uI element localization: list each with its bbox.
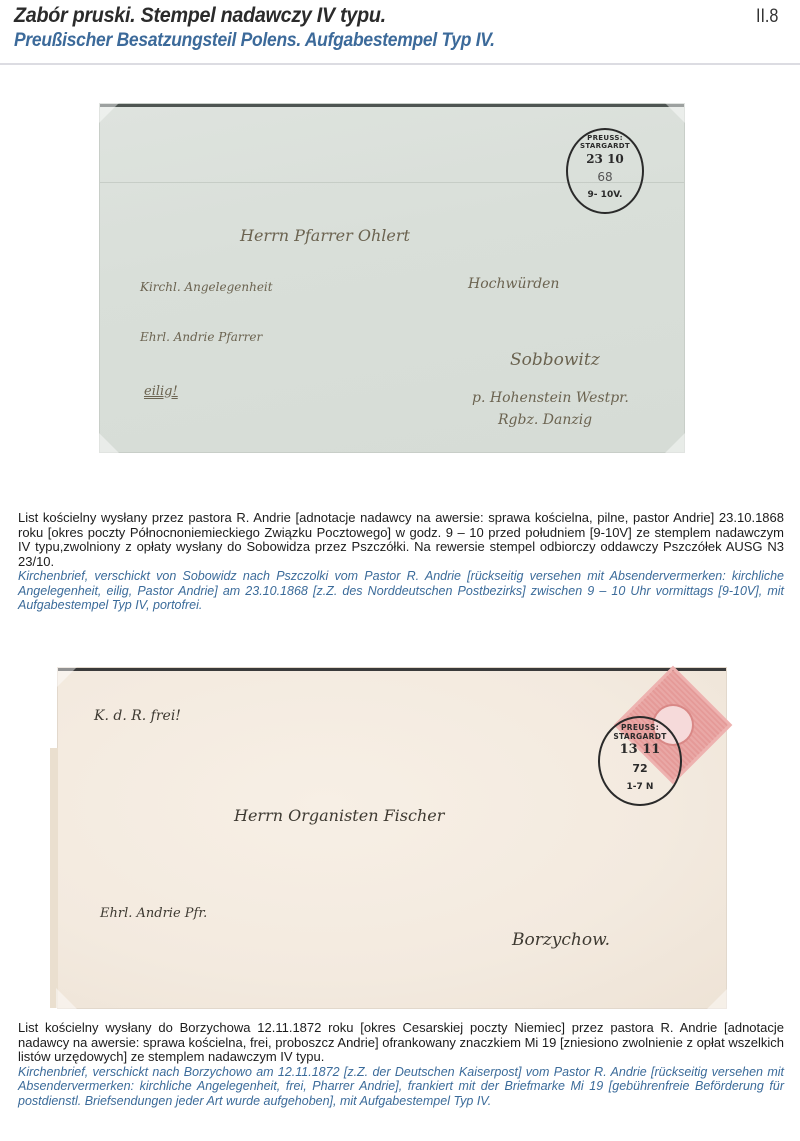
page-subtitle: Preußischer Besatzungsteil Polens. Aufga… bbox=[14, 30, 495, 52]
mount-corner bbox=[664, 432, 686, 454]
handwriting-top-note: K. d. R. frei! bbox=[94, 708, 181, 724]
handwriting-addressee: Herrn Organisten Fischer bbox=[234, 806, 444, 825]
caption-1872: List kościelny wysłany do Borzychowa 12.… bbox=[18, 1021, 784, 1108]
handwriting-district: Rgbz. Danzig bbox=[498, 412, 592, 428]
caption-polish: List kościelny wysłany przez pastora R. … bbox=[18, 511, 784, 569]
postmark-time: 1-7 N bbox=[600, 782, 680, 792]
handwriting-sender-note: Kirchl. Angelegenheit bbox=[140, 280, 273, 294]
postmark-date: 23 10 bbox=[568, 152, 642, 166]
postmark-year: 72 bbox=[600, 762, 680, 775]
handwriting-urgent-note: eilig! bbox=[144, 384, 178, 399]
page-title: Zabór pruski. Stempel nadawczy IV typu. bbox=[14, 4, 386, 28]
handwriting-addressee: Herrn Pfarrer Ohlert bbox=[240, 226, 410, 245]
mount-corner bbox=[56, 988, 78, 1010]
handwriting-town: Borzychow. bbox=[512, 930, 610, 950]
handwriting-route: p. Hohenstein Westpr. bbox=[472, 390, 629, 406]
caption-1868: List kościelny wysłany przez pastora R. … bbox=[18, 511, 784, 613]
postmark-time: 9- 10V. bbox=[568, 190, 642, 200]
caption-polish: List kościelny wysłany do Borzychowa 12.… bbox=[18, 1021, 784, 1065]
handwriting-sender: Ehrl. Andrie Pfr. bbox=[100, 906, 207, 921]
caption-german: Kirchenbrief, verschickt nach Borzychowo… bbox=[18, 1065, 784, 1109]
envelope-1868: PREUSS: STARGARDT 23 10 68 9- 10V. Herrn… bbox=[100, 104, 684, 452]
mount-corner bbox=[706, 988, 728, 1010]
handwriting-town: Sobbowitz bbox=[510, 350, 600, 370]
handwriting-sender-name: Ehrl. Andrie Pfarrer bbox=[140, 330, 262, 344]
handwriting-address-line: Hochwürden bbox=[468, 276, 559, 292]
envelope-flap bbox=[50, 748, 58, 1008]
mount-corner bbox=[98, 102, 120, 124]
postmark-date: 13 11 bbox=[600, 742, 680, 757]
caption-german: Kirchenbrief, verschickt von Sobowidz na… bbox=[18, 569, 784, 613]
postmark-preuss-stargardt: PREUSS: STARGARDT 23 10 68 9- 10V. bbox=[566, 128, 644, 214]
postmark-preuss-stargardt: PREUSS: STARGARDT 13 11 72 1-7 N bbox=[598, 716, 682, 806]
envelope-1872: PREUSS: STARGARDT 13 11 72 1-7 N K. d. R… bbox=[58, 668, 726, 1008]
mount-corner bbox=[664, 102, 686, 124]
postmark-year: 68 bbox=[568, 170, 642, 184]
mount-corner bbox=[56, 666, 78, 688]
postmark-town: PREUSS: STARGARDT bbox=[568, 134, 642, 150]
postmark-town: PREUSS: STARGARDT bbox=[600, 723, 680, 741]
page-number: II.8 bbox=[756, 6, 778, 28]
header-divider bbox=[0, 63, 800, 65]
mount-corner bbox=[98, 432, 120, 454]
page-header: Zabór pruski. Stempel nadawczy IV typu. … bbox=[0, 0, 800, 62]
